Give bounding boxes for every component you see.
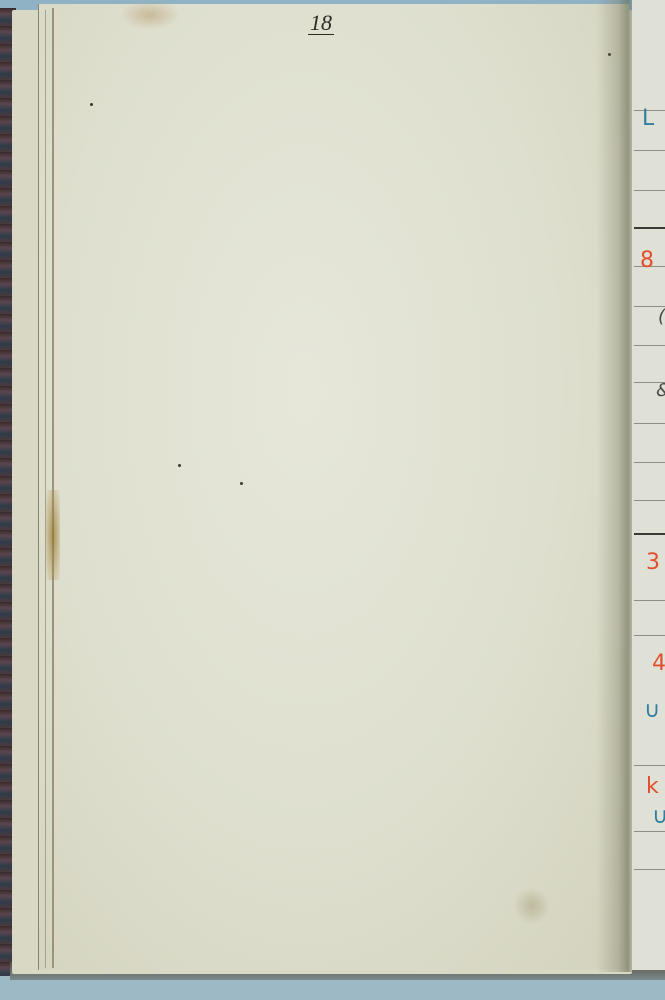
margin-mark: 3 xyxy=(646,552,660,574)
right-page-edge: L 8 ( & 3 4 ∪ k ∪ xyxy=(632,0,665,970)
ruled-line xyxy=(634,227,665,229)
ruled-line xyxy=(634,600,665,601)
paper-speck xyxy=(90,103,93,106)
page-fold-line xyxy=(45,10,46,968)
margin-mark: k xyxy=(646,776,659,798)
water-stain xyxy=(46,490,60,580)
margin-mark: ∪ xyxy=(644,700,660,722)
ruled-line xyxy=(634,462,665,463)
foxing-stain xyxy=(120,0,180,30)
gutter-shadow xyxy=(596,0,636,972)
ruled-line xyxy=(634,869,665,870)
ruled-line xyxy=(634,190,665,191)
margin-mark: 8 xyxy=(640,250,654,272)
ruled-line xyxy=(634,635,665,636)
margin-mark: 4 xyxy=(652,653,665,675)
ruled-line xyxy=(634,423,665,424)
left-page xyxy=(38,4,629,970)
ruled-line xyxy=(634,831,665,832)
foxing-stain xyxy=(512,888,552,924)
ruled-line xyxy=(634,533,665,535)
ruled-line xyxy=(634,500,665,501)
margin-mark: L xyxy=(642,108,654,130)
page-fold-line xyxy=(52,8,54,968)
paper-speck xyxy=(240,482,243,485)
margin-mark: ( xyxy=(658,308,665,326)
ruled-line xyxy=(634,765,665,766)
margin-mark: ∪ xyxy=(652,806,665,828)
ruled-line xyxy=(634,345,665,346)
margin-mark: & xyxy=(656,382,665,400)
page-number: 18 xyxy=(308,12,334,35)
ruled-line xyxy=(634,150,665,151)
paper-speck xyxy=(178,464,181,467)
